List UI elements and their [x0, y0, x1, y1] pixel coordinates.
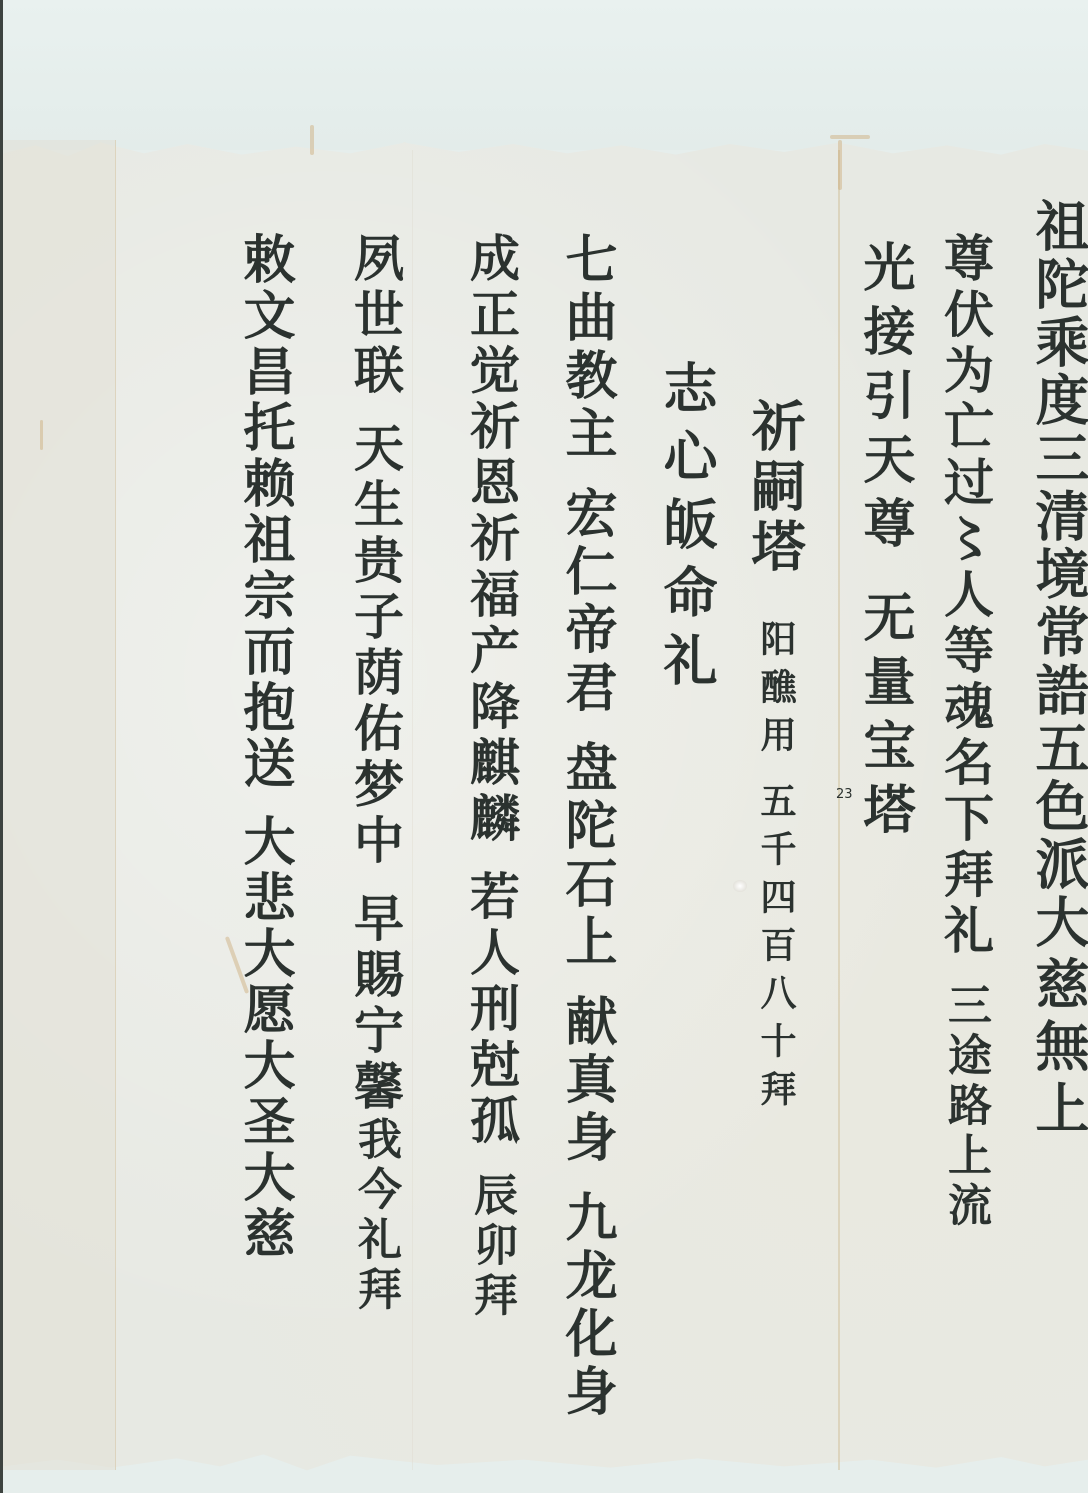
text-column-8: 夙世联天生贵子荫佑梦中早賜宁馨我今礼拜 [350, 232, 400, 1316]
paper-overlap-strip [3, 140, 116, 1470]
column-7-text: 若人刑尅孤 [462, 870, 521, 1150]
paper-fiber [830, 135, 870, 139]
paper-fiber [838, 140, 842, 190]
manuscript-paper [3, 140, 1088, 1473]
text-column-4: 祈嗣塔 [748, 398, 802, 578]
text-column-7: 成正觉祈恩祈福产降麒麟若人刑尅孤辰卯拜 [466, 232, 516, 1322]
column-7-text: 辰卯拜 [466, 1172, 517, 1322]
column-3-text: 无量宝塔 [854, 590, 915, 846]
paper-fiber [40, 420, 43, 450]
paper-fiber [310, 125, 314, 155]
column-8-text: 天生贵子 [346, 422, 405, 646]
column-1-text: 祖陀乘度三清境常誥五色派 [1027, 198, 1088, 894]
column-6-text: 宏仁帝君 [556, 486, 617, 718]
column-8-text: 荫佑梦中 [346, 646, 405, 870]
column-8-text: 我今礼拜 [350, 1116, 401, 1316]
scanner-backdrop [3, 0, 1088, 150]
column-4-title: 祈嗣塔 [743, 398, 807, 578]
text-column-9: 敕文昌托赖祖宗而抱送大悲大愿大圣大慈 [238, 232, 290, 1262]
column-5-text: 志心皈命礼 [655, 360, 719, 700]
page-number: 23 [836, 787, 853, 802]
column-1-text: 大慈無上 [1027, 894, 1088, 1142]
text-column-4-note: 阳醮用五千四百八十拜 [758, 620, 794, 1118]
column-3-text: 光接引天尊 [854, 240, 915, 560]
column-6-text: 九龙化身 [556, 1190, 617, 1422]
text-column-3: 光接引天尊无量宝塔 [858, 240, 910, 846]
column-2-text: 三途路上流 [940, 982, 991, 1232]
column-7-text: 成正觉 [462, 232, 521, 400]
text-column-6: 七曲教主宏仁帝君盘陀石上献真身九龙化身 [560, 232, 612, 1422]
column-6-text: 盘陀石上 [556, 740, 617, 972]
column-7-text: 祈恩祈福 [462, 400, 521, 624]
text-column-2: 尊伏为亡过〻人等魂名下拜礼三途路上流 [940, 232, 990, 1232]
text-column-5: 志心皈命礼 [660, 360, 714, 700]
paper-spot [733, 880, 747, 892]
column-8-text: 夙世联 [346, 232, 405, 400]
column-7-text: 产降麒麟 [462, 624, 521, 848]
column-4-note: 五千四百八十拜 [755, 782, 797, 1118]
column-8-text: 早賜宁馨 [346, 892, 405, 1116]
column-6-text: 七曲教主 [556, 232, 617, 464]
column-9-text: 敕文昌托赖祖宗而抱送 [234, 232, 295, 792]
paper-seam [838, 150, 840, 1470]
column-2-text: 〻人等魂名下拜礼 [936, 512, 995, 960]
column-4-note: 阳醮用 [755, 620, 797, 764]
text-column-1: 祖陀乘度三清境常誥五色派大慈無上 [1032, 198, 1086, 1142]
paper-seam [412, 150, 413, 1470]
column-2-text: 尊伏为亡过 [936, 232, 995, 512]
column-6-text: 献真身 [556, 994, 617, 1168]
column-9-text: 大悲大愿大圣大慈 [234, 814, 295, 1262]
